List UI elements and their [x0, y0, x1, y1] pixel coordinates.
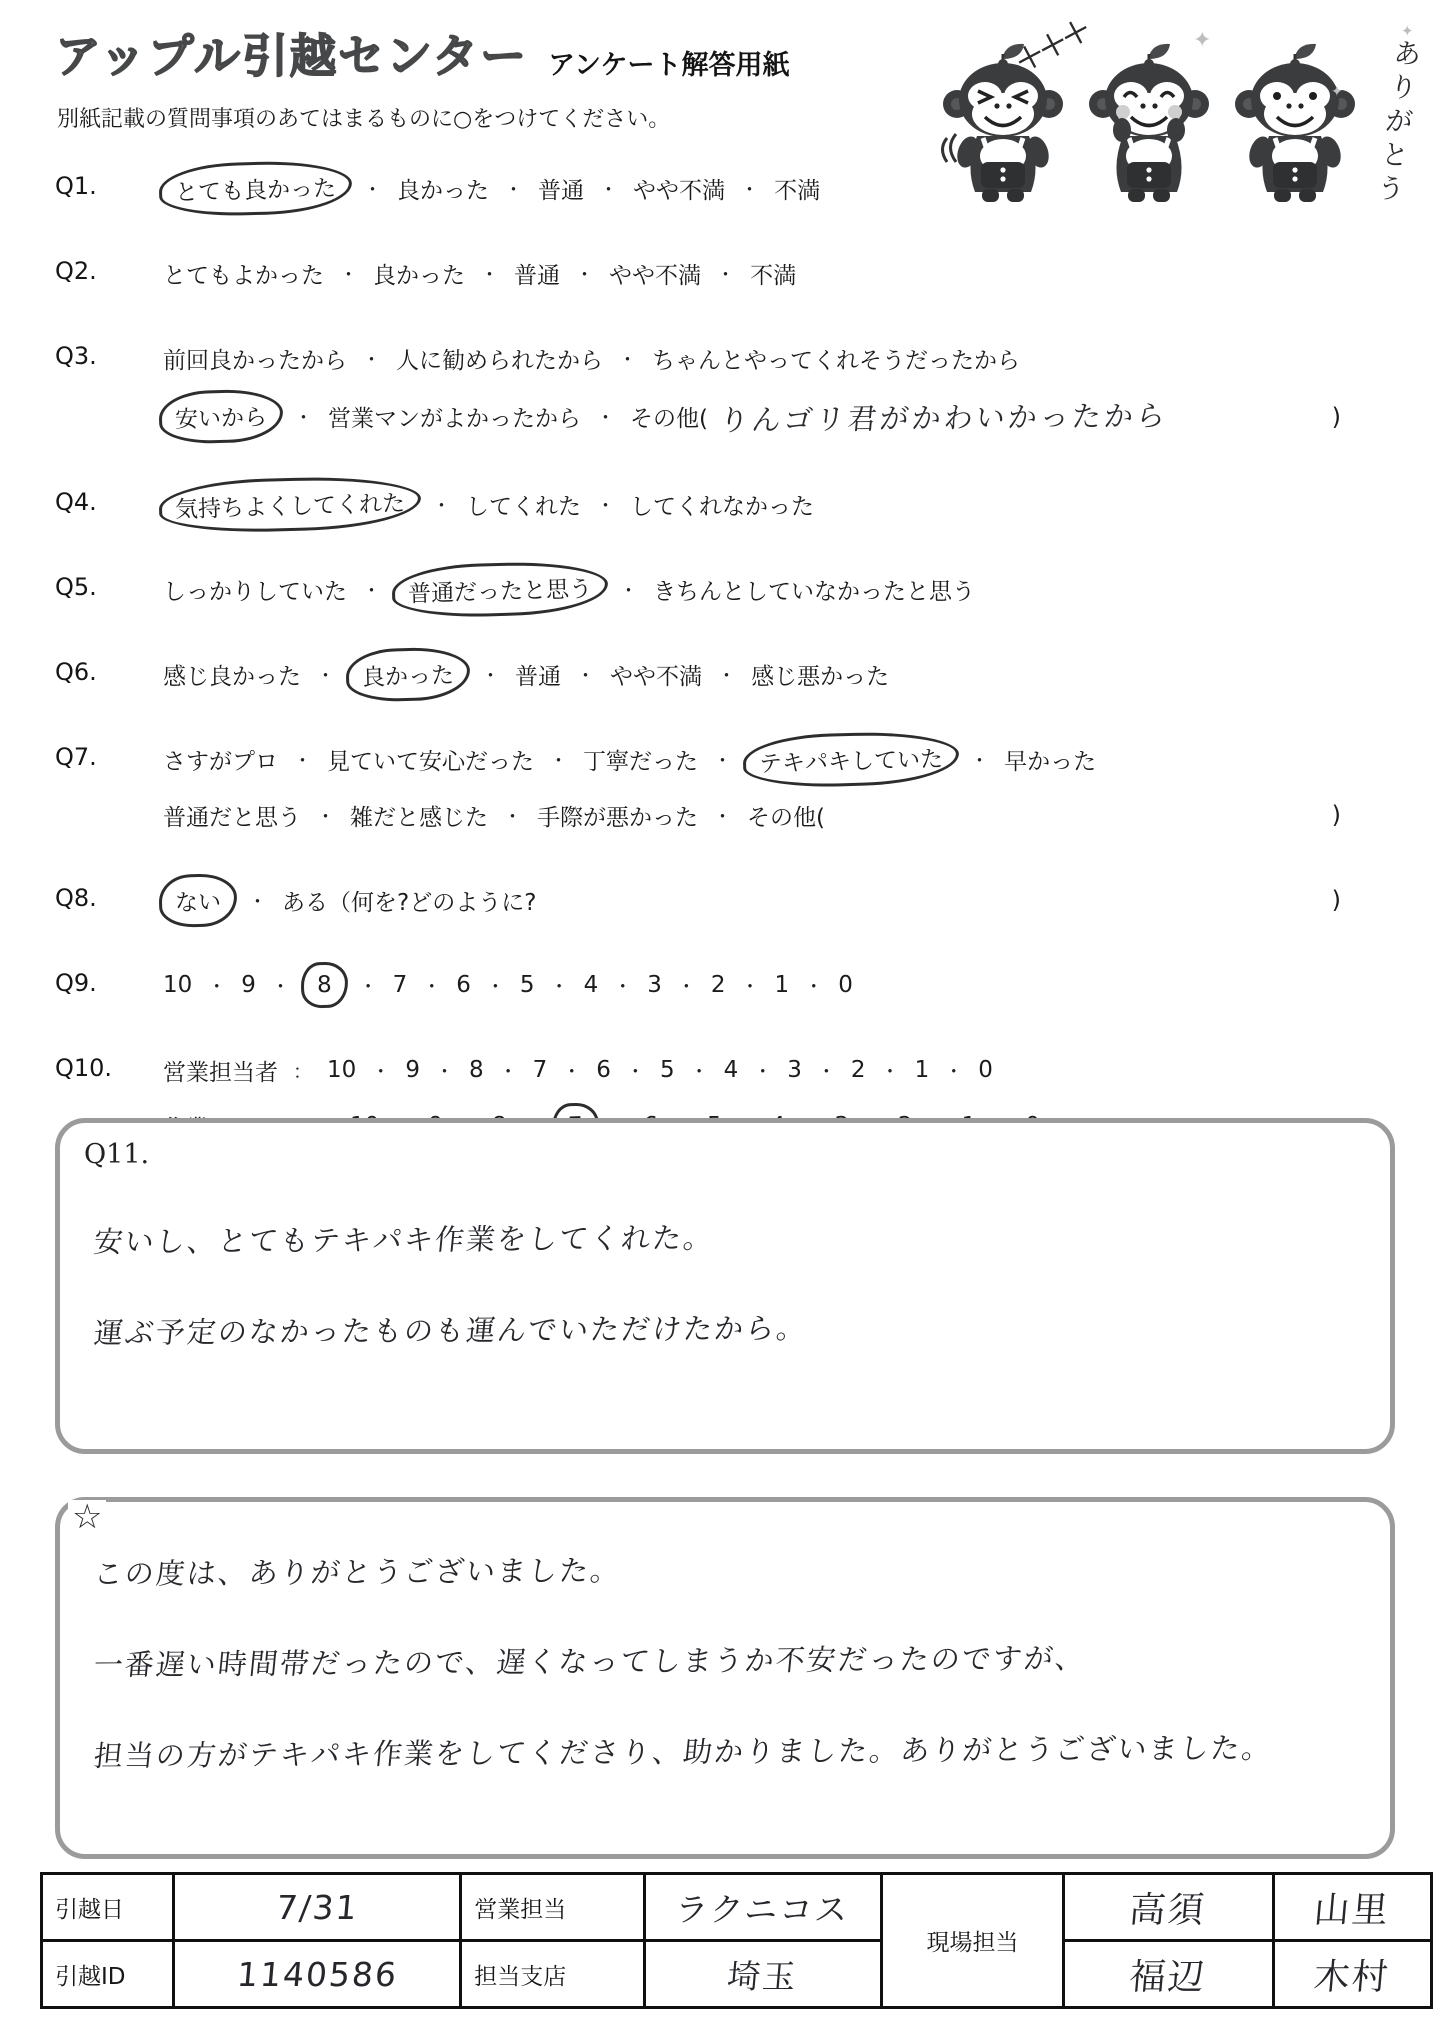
answer-option: 普通 — [514, 257, 560, 290]
option-separator: ・ — [690, 1057, 709, 1084]
question-number: Q8. — [55, 884, 97, 912]
option-separator: ・ — [481, 661, 500, 688]
answer-row: 安いから・営業マンがよかったから・その他(りんゴリ君がかわいかったから) — [163, 396, 1347, 437]
answer-option: 5 — [660, 1057, 675, 1083]
option-separator: ・ — [740, 175, 759, 202]
branch-label: 担当支店 — [461, 1941, 645, 2008]
answer-option: 6 — [596, 1057, 611, 1083]
answer-option: 4 — [724, 1057, 739, 1083]
answer-option: 人に勧められたから — [396, 342, 603, 375]
option-separator: ・ — [248, 887, 267, 914]
answer-option: 普通 — [538, 172, 584, 205]
circled-answer-option: テキパキしていた — [742, 729, 959, 788]
option-separator: ・ — [207, 972, 226, 999]
sparkle-icon: ✦ — [1193, 28, 1211, 53]
answer-option: 営業マンがよかったから — [328, 400, 581, 433]
question-q6: Q6.感じ良かった・良かった・普通・やや不満・感じ悪かった — [55, 656, 1347, 692]
answer-row: 10・9・8・7・6・5・4・3・2・1・0 — [163, 967, 1347, 1003]
answer-option: 5 — [520, 972, 535, 998]
answer-option: さすがプロ — [163, 743, 278, 776]
option-separator: ・ — [618, 345, 637, 372]
answer-option: 7 — [533, 1057, 548, 1083]
option-separator: ・ — [499, 1057, 518, 1084]
answer-option: 9 — [405, 1057, 420, 1083]
option-separator: ・ — [503, 802, 522, 829]
question-number: Q9. — [55, 969, 97, 997]
answer-row: さすがプロ・見ていて安心だった・丁寧だった・テキパキしていた・早かった — [163, 741, 1347, 777]
question-number: Q3. — [55, 342, 97, 370]
answer-option: その他( — [630, 400, 708, 433]
question-q9: Q9.10・9・8・7・6・5・4・3・2・1・0 — [55, 967, 1347, 1003]
option-separator: ・ — [435, 1057, 454, 1084]
answer-option: 普通だと思う — [163, 799, 301, 832]
table-row: 引越日 7/31 営業担当 ラクニコス 現場担当 高須 山里 — [42, 1874, 1432, 1941]
sparkle-icon: ✦ — [1401, 22, 1414, 40]
answer-option: 1 — [775, 972, 790, 998]
question-number: Q1. — [55, 172, 97, 200]
option-separator: ・ — [944, 1057, 963, 1084]
option-separator: ・ — [432, 491, 451, 518]
question-number: Q6. — [55, 658, 97, 686]
questions: Q1.とても良かった・良かった・普通・やや不満・不満Q2.とてもよかった・良かっ… — [55, 170, 1347, 1193]
circled-answer-option: 気持ちよくしてくれた — [158, 474, 421, 534]
answer-option: 0 — [978, 1057, 993, 1083]
option-separator: ・ — [599, 175, 618, 202]
answer-option: 営業担当者 — [163, 1054, 278, 1087]
question-q3: Q3.前回良かったから・人に勧められたから・ちゃんとやってくれそうだったから安い… — [55, 340, 1347, 437]
move-id-value: 1140586 — [171, 1941, 464, 2008]
option-separator: ・ — [480, 260, 499, 287]
option-separator: ・ — [562, 1057, 581, 1084]
star-icon: ☆ — [68, 1500, 106, 1534]
answer-option: 感じ悪かった — [751, 658, 889, 691]
answer-option: 良かった — [397, 172, 489, 205]
answer-option: 普通 — [515, 658, 561, 691]
thanks-handwriting: ありがとう — [1367, 37, 1428, 209]
closing-paren: ) — [1332, 886, 1341, 914]
option-separator: ・ — [359, 972, 378, 999]
answer-option: 4 — [584, 972, 599, 998]
option-separator: ・ — [550, 972, 569, 999]
option-separator: ・ — [486, 972, 505, 999]
answer-option: きちんとしていなかったと思う — [653, 573, 975, 606]
sales-rep-label: 営業担当 — [461, 1874, 645, 1941]
answer-option: 6 — [456, 972, 471, 998]
answer-row: 営業担当者：10・9・8・7・6・5・4・3・2・1・0 — [163, 1052, 1347, 1088]
move-id-label: 引越ID — [42, 1941, 174, 2008]
answer-option: 見ていて安心だった — [327, 743, 534, 776]
question-q4: Q4.気持ちよくしてくれた・してくれた・してくれなかった — [55, 486, 1347, 522]
option-separator: ・ — [371, 1057, 390, 1084]
handwritten-comment: 担当の方がテキパキ作業をしてくださり、助かりました。ありがとうございました。 — [92, 1725, 1393, 1775]
answer-row: 感じ良かった・良かった・普通・やや不満・感じ悪かった — [163, 656, 1347, 692]
answer-option: 1 — [915, 1057, 930, 1083]
option-separator: ・ — [363, 175, 382, 202]
option-separator: ・ — [626, 1057, 645, 1084]
move-date-label: 引越日 — [42, 1874, 174, 1941]
option-separator: ・ — [596, 403, 615, 430]
circled-answer-option: とても良かった — [158, 159, 352, 217]
answer-row: とても良かった・良かった・普通・やや不満・不満 — [163, 170, 1347, 206]
question-number: Q7. — [55, 743, 97, 771]
answer-option: しっかりしていた — [163, 573, 347, 606]
answer-option: 感じ良かった — [163, 658, 301, 691]
option-separator: ・ — [362, 345, 381, 372]
question-number: Q10. — [55, 1054, 112, 1082]
crew-name: 木村 — [1270, 1941, 1433, 2008]
answer-option: 手際が悪かった — [537, 799, 698, 832]
table-row: 引越ID 1140586 担当支店 埼玉 福辺 木村 — [42, 1941, 1432, 2008]
option-separator: ・ — [316, 802, 335, 829]
answer-option: 10 — [327, 1057, 356, 1083]
header: アップル引越センター アンケート解答用紙 別紙記載の質問事項のあてはまるものに○… — [55, 20, 915, 133]
answer-option: 前回良かったから — [163, 342, 347, 375]
crew-name: 山里 — [1270, 1874, 1433, 1941]
question-number: Q2. — [55, 257, 97, 285]
option-separator: ・ — [575, 260, 594, 287]
circled-answer-option: 良かった — [345, 646, 470, 702]
q11-comment-box: Q11. 安いし、とてもテキパキ作業をしてくれた。 運ぶ予定のなかったものも運ん… — [55, 1118, 1395, 1454]
answer-option: やや不満 — [610, 658, 702, 691]
option-separator: ・ — [294, 403, 313, 430]
option-separator: ・ — [753, 1057, 772, 1084]
answer-option: 0 — [838, 972, 853, 998]
answer-option: やや不満 — [609, 257, 701, 290]
answer-option: 3 — [647, 972, 662, 998]
option-separator: ・ — [504, 175, 523, 202]
answer-option: 10 — [163, 972, 192, 998]
job-info-table: 引越日 7/31 営業担当 ラクニコス 現場担当 高須 山里 引越ID 1140… — [40, 1872, 1433, 2009]
closing-paren: ) — [1332, 403, 1341, 431]
answer-option: 3 — [787, 1057, 802, 1083]
site-crew-label: 現場担当 — [882, 1874, 1064, 2008]
option-separator: ・ — [596, 491, 615, 518]
q11-label: Q11. — [84, 1139, 1390, 1170]
answer-option: とてもよかった — [163, 257, 324, 290]
option-separator: ・ — [716, 260, 735, 287]
option-separator: ・ — [741, 972, 760, 999]
answer-option: 9 — [241, 972, 256, 998]
handwritten-comment: 一番遅い時間帯だったので、遅くなってしまうか不安だったのですが、 — [92, 1634, 1393, 1684]
option-separator: ・ — [339, 260, 358, 287]
answer-option: 雑だと感じた — [350, 799, 488, 832]
circled-answer-option: 普通だったと思う — [391, 559, 608, 618]
option-separator: ・ — [717, 661, 736, 688]
answer-option: 早かった — [1004, 743, 1096, 776]
answer-option: してくれなかった — [630, 488, 814, 521]
answer-option: 2 — [711, 972, 726, 998]
question-q1: Q1.とても良かった・良かった・普通・やや不満・不満 — [55, 170, 1347, 206]
closing-paren: ) — [1332, 801, 1341, 829]
option-separator: ・ — [804, 972, 823, 999]
answer-option: してくれた — [466, 488, 581, 521]
brand-title: アップル引越センター — [55, 20, 528, 86]
form-title: アンケート解答用紙 — [548, 43, 789, 82]
answer-row: 普通だと思う・雑だと感じた・手際が悪かった・その他() — [163, 797, 1347, 833]
question-q8: Q8.ない・ある（何を?どのように?) — [55, 882, 1347, 918]
option-separator: ・ — [293, 746, 312, 773]
answer-option: 2 — [851, 1057, 866, 1083]
answer-row: とてもよかった・良かった・普通・やや不満・不満 — [163, 255, 1347, 291]
option-separator: ・ — [817, 1057, 836, 1084]
option-separator: ・ — [613, 972, 632, 999]
option-separator: ・ — [713, 746, 732, 773]
option-separator: ・ — [271, 972, 290, 999]
option-separator: ・ — [362, 576, 381, 603]
handwritten-comment: この度は、ありがとうございました。 — [92, 1543, 1393, 1593]
question-q7: Q7.さすがプロ・見ていて安心だった・丁寧だった・テキパキしていた・早かった普通… — [55, 741, 1347, 833]
answer-row: 気持ちよくしてくれた・してくれた・してくれなかった — [163, 486, 1347, 522]
answer-option: 不満 — [750, 257, 796, 290]
circled-answer-option: 安いから — [158, 388, 283, 444]
answer-option: ちゃんとやってくれそうだったから — [652, 342, 1020, 375]
question-number: Q4. — [55, 488, 97, 516]
option-separator: ・ — [619, 576, 638, 603]
answer-row: 前回良かったから・人に勧められたから・ちゃんとやってくれそうだったから — [163, 340, 1347, 376]
answer-option: 不満 — [774, 172, 820, 205]
crew-name: 高須 — [1061, 1874, 1277, 1941]
answer-option: 良かった — [373, 257, 465, 290]
sales-rep-value: ラクニコス — [642, 1874, 885, 1941]
option-separator: ・ — [549, 746, 568, 773]
sparkle-icon: ✦ — [1331, 84, 1343, 100]
circled-answer-option: ない — [158, 872, 237, 927]
answer-option: 7 — [393, 972, 408, 998]
option-separator: ・ — [576, 661, 595, 688]
question-q2: Q2.とてもよかった・良かった・普通・やや不満・不満 — [55, 255, 1347, 291]
option-separator: ・ — [881, 1057, 900, 1084]
answer-option: 丁寧だった — [583, 743, 698, 776]
question-number: Q5. — [55, 573, 97, 601]
free-comment-box: ☆ この度は、ありがとうございました。 一番遅い時間帯だったので、遅くなってしま… — [55, 1497, 1395, 1859]
circled-answer-option: 8 — [300, 961, 348, 1008]
title-row: アップル引越センター アンケート解答用紙 — [55, 20, 915, 86]
branch-value: 埼玉 — [642, 1941, 885, 2008]
handwritten-comment: 安いし、とてもテキパキ作業をしてくれた。 — [92, 1211, 1393, 1261]
instruction-text: 別紙記載の質問事項のあてはまるものに○をつけてください。 — [57, 102, 915, 133]
option-separator: ： — [293, 1057, 312, 1084]
option-separator: ・ — [970, 746, 989, 773]
answer-option: その他( — [747, 799, 825, 832]
answer-row: ない・ある（何を?どのように?) — [163, 882, 1347, 918]
answer-option: ある（何を?どのように? — [282, 884, 536, 917]
answer-option: 8 — [469, 1057, 484, 1083]
answer-row: しっかりしていた・普通だったと思う・きちんとしていなかったと思う — [163, 571, 1347, 607]
handwritten-comment: 運ぶ予定のなかったものも運んでいただけたから。 — [92, 1302, 1393, 1352]
option-separator: ・ — [316, 661, 335, 688]
crew-name: 福辺 — [1061, 1941, 1277, 2008]
option-separator: ・ — [713, 802, 732, 829]
answer-option: やや不満 — [633, 172, 725, 205]
option-separator: ・ — [422, 972, 441, 999]
option-separator: ・ — [677, 972, 696, 999]
handwritten-answer: りんゴリ君がかわいかったから — [718, 394, 1170, 440]
move-date-value: 7/31 — [171, 1874, 464, 1941]
question-q5: Q5.しっかりしていた・普通だったと思う・きちんとしていなかったと思う — [55, 571, 1347, 607]
survey-sheet: アップル引越センター アンケート解答用紙 別紙記載の質問事項のあてはまるものに○… — [0, 0, 1433, 2023]
